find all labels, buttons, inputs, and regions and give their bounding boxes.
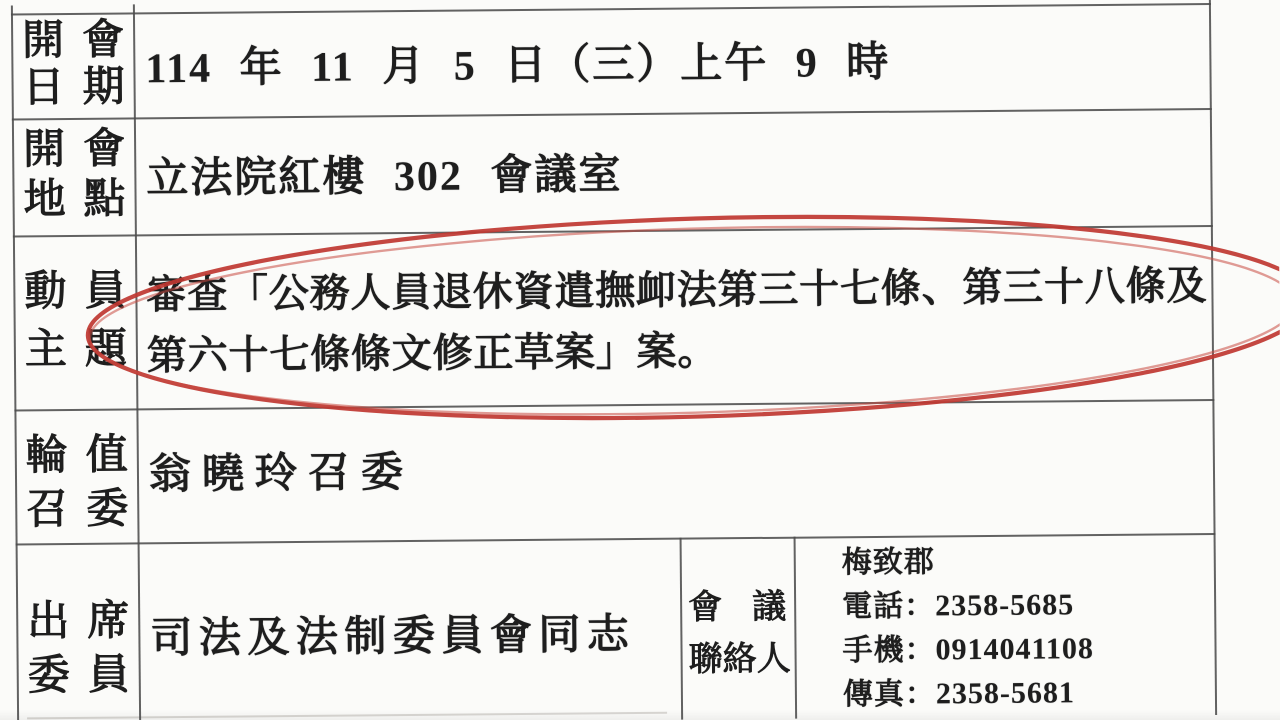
- label-char: 日: [22, 67, 64, 109]
- label-char: 人: [756, 639, 790, 681]
- table-rule-row2-row3: [13, 225, 1213, 237]
- label-char: 會: [82, 19, 124, 61]
- contact-mobile: 手機：0914041108: [842, 627, 1094, 673]
- table-rule-row1-row2: [12, 108, 1212, 120]
- contact-info-block: 梅致郡 電話：2358-5685 手機：0914041108 傳真：2358-5…: [842, 539, 1095, 717]
- meeting-date-value: 114 年 11 月 5 日（三）上午 9 時: [145, 40, 890, 92]
- label-char: 開: [22, 20, 64, 62]
- subject-line-2: 第六十七條條文修正草案」案。: [147, 328, 719, 379]
- rotating-convener-value: 翁曉玲召委: [149, 450, 414, 498]
- table-border-right: [1209, 0, 1217, 715]
- label-line: 地 點: [12, 178, 134, 221]
- label-line: 委 員: [17, 654, 139, 697]
- label-line: 開 會: [11, 19, 133, 62]
- subject-line-1: 審查「公務人員退休資遣撫卹法第三十七條、第三十八條及: [146, 263, 1207, 318]
- attending-members-value: 司法及法制委員會同志: [150, 612, 635, 662]
- label-char: 召: [26, 489, 68, 531]
- label-line: 出 席: [16, 600, 138, 643]
- label-line: 聯 絡 人: [680, 639, 794, 682]
- contact-phone: 電話：2358-5685: [842, 583, 1094, 629]
- row-label-rotating-convener: 輪 值 召 委: [15, 434, 138, 531]
- contact-fax: 傳真：2358-5681: [843, 671, 1095, 717]
- label-char: 會: [83, 128, 125, 170]
- label-char: 員: [88, 654, 130, 696]
- label-line: 召 委: [15, 488, 137, 531]
- label-char: 出: [27, 601, 69, 643]
- label-char: 點: [83, 178, 125, 220]
- row-label-attending-members: 出 席 委 員: [16, 600, 139, 697]
- label-char: 題: [85, 328, 127, 370]
- label-char: 席: [87, 600, 129, 642]
- table-rule-top: [11, 3, 1211, 15]
- row-label-mobilization-subject: 動 員 主 題: [13, 270, 136, 371]
- label-char: 員: [84, 270, 126, 312]
- row-label-meeting-date: 開 會 日 期: [11, 19, 134, 109]
- table-rule-bottom-faint: [27, 712, 667, 720]
- label-char: 輪: [26, 435, 68, 477]
- contact-person-label: 會 議 聯 絡 人: [680, 587, 795, 682]
- label-char: 主: [25, 329, 67, 371]
- label-line: 動 員: [13, 270, 135, 313]
- scanned-meeting-notice: 開 會 日 期 114 年 11 月 5 日（三）上午 9 時 開 會 地 點 …: [0, 0, 1280, 720]
- row-label-meeting-place: 開 會 地 點: [12, 128, 135, 221]
- label-char: 委: [28, 655, 70, 697]
- meeting-place-value: 立法院紅樓 302 會議室: [146, 152, 622, 202]
- label-line: 主 題: [14, 328, 136, 371]
- label-char: 期: [82, 66, 124, 108]
- label-char: 會: [688, 587, 722, 629]
- label-line: 輪 值: [15, 434, 137, 477]
- table-rule-row3-row4: [14, 399, 1214, 411]
- label-char: 議: [752, 587, 786, 629]
- scan-content: 開 會 日 期 114 年 11 月 5 日（三）上午 9 時 開 會 地 點 …: [0, 0, 1280, 720]
- label-char: 值: [86, 434, 128, 476]
- label-char: 動: [24, 271, 66, 313]
- label-char: 開: [23, 129, 65, 171]
- contact-name: 梅致郡: [842, 539, 1094, 585]
- label-line: 會 議: [680, 587, 794, 630]
- label-line: 日 期: [11, 66, 133, 109]
- label-char: 地: [23, 179, 65, 221]
- label-line: 開 會: [12, 128, 134, 171]
- label-char: 絡: [722, 639, 756, 681]
- label-char: 聯: [688, 639, 722, 681]
- label-char: 委: [86, 488, 128, 530]
